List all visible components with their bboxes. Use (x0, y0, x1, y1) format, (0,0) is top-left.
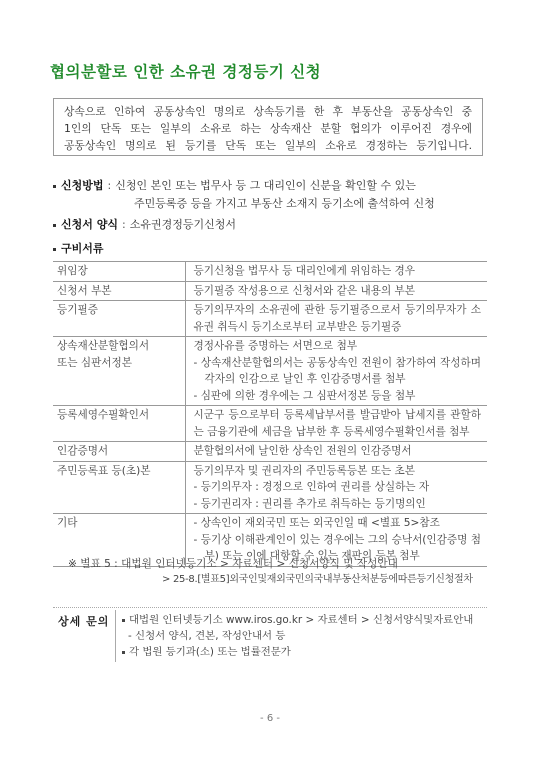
note-line1: ※ 별표 5 : 대법원 인터넷등기소 > 자료센터 > 신청서양식 및 작성안… (68, 558, 398, 570)
document-name-text: 인감증명서 (57, 445, 108, 457)
contact-vertical-divider (115, 610, 116, 662)
document-desc: 등기신청을 법무사 등 대리인에게 위임하는 경우 (185, 262, 487, 282)
document-desc: 등기필증 작성용으로 신청서와 같은 내용의 부본 (185, 281, 487, 301)
table-row: 인감증명서 분할협의서에 날인한 상속인 전원의 인감증명서 (53, 442, 487, 462)
document-desc-text: - 등기권리자 : 권리를 추가로 취득하는 등기명의인 (194, 496, 482, 513)
document-name: 주민등록표 등(초)본 (53, 461, 185, 514)
method-text-line1: 신청인 본인 또는 법무사 등 그 대리인이 신분을 확인할 수 있는 (115, 179, 416, 192)
bullet-icon (122, 651, 125, 654)
document-desc: 등기의무자의 소유권에 관한 등기필증으로서 등기의무자가 소유권 취득시 등기… (185, 301, 487, 337)
document-name: 인감증명서 (53, 442, 185, 462)
application-method: 신청방법:신청인 본인 또는 법무사 등 그 대리인이 신분을 확인할 수 있는… (53, 177, 493, 213)
summary-box: 상속으로 인하여 공동상속인 명의로 상속등기를 한 후 부동산을 공동상속인 … (53, 98, 483, 156)
document-name: 상속재산분할협의서 또는 심판서정본 (53, 337, 185, 406)
contact-divider-line (53, 607, 487, 608)
table-row: 상속재산분할협의서 또는 심판서정본 경정사유를 증명하는 서면으로 첨부 - … (53, 337, 487, 406)
contact-item: 각 법원 등기과(소) 또는 법률전문가 (122, 644, 473, 660)
document-desc: 등기의무자 및 권리자의 주민등록등본 또는 초본 - 등기의무자 : 경정으로… (185, 461, 487, 514)
document-name-text: 등록세영수필확인서 (57, 409, 149, 421)
contact-list: 대법원 인터넷등기소 www.iros.go.kr > 자료센터 > 신청서양식… (122, 612, 473, 660)
document-desc-text: 경정사유를 증명하는 서면으로 첨부 (194, 338, 482, 355)
document-desc-text: 분할협의서에 날인한 상속인 전원의 인감증명서 (194, 445, 412, 457)
bullet-icon (122, 619, 125, 622)
required-documents-heading: 구비서류 (53, 240, 104, 258)
document-name-text: 주민등록표 등(초)본 (57, 465, 151, 477)
document-name: 신청서 부본 (53, 281, 185, 301)
document-desc-text: - 등기의무자 : 경정으로 인하여 권리를 상실하는 자 (194, 479, 482, 496)
document-desc: 경정사유를 증명하는 서면으로 첨부 - 상속재산분할협의서는 공동상속인 전원… (185, 337, 487, 406)
document-desc-text: 등기신청을 법무사 등 대리인에게 위임하는 경우 (194, 265, 416, 277)
documents-label: 구비서류 (61, 242, 104, 255)
contact-item: - 신청서 양식, 견본, 작성안내서 등 (122, 628, 473, 644)
summary-line: 1인의 단독 또는 일부의 소유로 하는 상속재산 분할 협의가 이루어진 경우… (64, 120, 472, 137)
page-number: - 6 - (0, 713, 540, 724)
table-row: 등기필증 등기의무자의 소유권에 관한 등기필증으로서 등기의무자가 소유권 취… (53, 301, 487, 337)
contact-item-text: 각 법원 등기과(소) 또는 법률전문가 (129, 646, 291, 658)
document-desc-text: - 상속재산분할협의서는 공동상속인 전원이 참가하여 작성하며 각자의 인감으… (194, 355, 482, 388)
appendix-note: ※ 별표 5 : 대법원 인터넷등기소 > 자료센터 > 신청서양식 및 작성안… (68, 556, 473, 588)
document-name-text: 또는 심판서정본 (57, 355, 179, 372)
contact-label: 상세 문의 (58, 613, 109, 629)
table-row: 주민등록표 등(초)본 등기의무자 및 권리자의 주민등록등본 또는 초본 - … (53, 461, 487, 514)
table-row: 위임장 등기신청을 법무사 등 대리인에게 위임하는 경우 (53, 262, 487, 282)
application-form: 신청서 양식:소유권경정등기신청서 (53, 216, 236, 234)
form-value: 소유권경정등기신청서 (130, 218, 236, 231)
document-name-text: 위임장 (57, 265, 88, 277)
method-label: 신청방법 (61, 179, 104, 192)
document-desc: 분할협의서에 날인한 상속인 전원의 인감증명서 (185, 442, 487, 462)
contact-item: 대법원 인터넷등기소 www.iros.go.kr > 자료센터 > 신청서양식… (122, 612, 473, 628)
document-desc-text: 등기의무자의 소유권에 관한 등기필증으로서 등기의무자가 소유권 취득시 등기… (194, 304, 482, 333)
page-title: 협의분할로 인한 소유권 경정등기 신청 (50, 60, 321, 82)
document-name: 등록세영수필확인서 (53, 406, 185, 442)
document-desc-text: - 상속인이 재외국민 또는 외국인일 때 <별표 5>참조 (194, 515, 482, 532)
bullet-icon (53, 185, 56, 188)
required-documents-table: 위임장 등기신청을 법무사 등 대리인에게 위임하는 경우 신청서 부본 등기필… (53, 261, 487, 567)
document-desc-text: 시군구 등으로부터 등록세납부서를 발급받아 납세지를 관할하는 금융기관에 세… (194, 409, 482, 438)
contact-item-text: - 신청서 양식, 견본, 작성안내서 등 (128, 630, 285, 642)
document-name: 위임장 (53, 262, 185, 282)
table-row: 신청서 부본 등기필증 작성용으로 신청서와 같은 내용의 부본 (53, 281, 487, 301)
separator: : (108, 179, 112, 192)
summary-line: 공동상속인 명의로 된 등기를 단독 또는 일부의 소유로 경정하는 등기입니다… (64, 137, 472, 154)
contact-item-text: 대법원 인터넷등기소 www.iros.go.kr > 자료센터 > 신청서양식… (129, 614, 473, 626)
document-desc: 시군구 등으로부터 등록세납부서를 발급받아 납세지를 관할하는 금융기관에 세… (185, 406, 487, 442)
document-desc-text: 등기필증 작성용으로 신청서와 같은 내용의 부본 (194, 285, 416, 297)
document-name-text: 기타 (57, 517, 77, 529)
bullet-icon (53, 248, 56, 251)
document-desc-text: 등기의무자 및 권리자의 주민등록등본 또는 초본 (194, 463, 482, 480)
document-name-text: 상속재산분할협의서 (57, 338, 179, 355)
document-name-text: 신청서 부본 (57, 285, 112, 297)
document-desc-text: - 심판에 의한 경우에는 그 심판서정본 등을 첨부 (194, 388, 482, 405)
summary-line: 상속으로 인하여 공동상속인 명의로 상속등기를 한 후 부동산을 공동상속인 … (64, 103, 472, 120)
document-name-text: 등기필증 (57, 304, 98, 316)
bullet-icon (53, 224, 56, 227)
note-line2: > 25-8.[별표5]외국인및재외국민의국내부동산처분등에따른등기신청절차 (68, 572, 473, 588)
form-label: 신청서 양식 (61, 218, 118, 231)
method-text-line2: 주민등록증 등을 가지고 부동산 소재지 등기소에 출석하여 신청 (53, 195, 493, 213)
separator: : (122, 218, 126, 231)
document-name: 등기필증 (53, 301, 185, 337)
table-row: 등록세영수필확인서 시군구 등으로부터 등록세납부서를 발급받아 납세지를 관할… (53, 406, 487, 442)
